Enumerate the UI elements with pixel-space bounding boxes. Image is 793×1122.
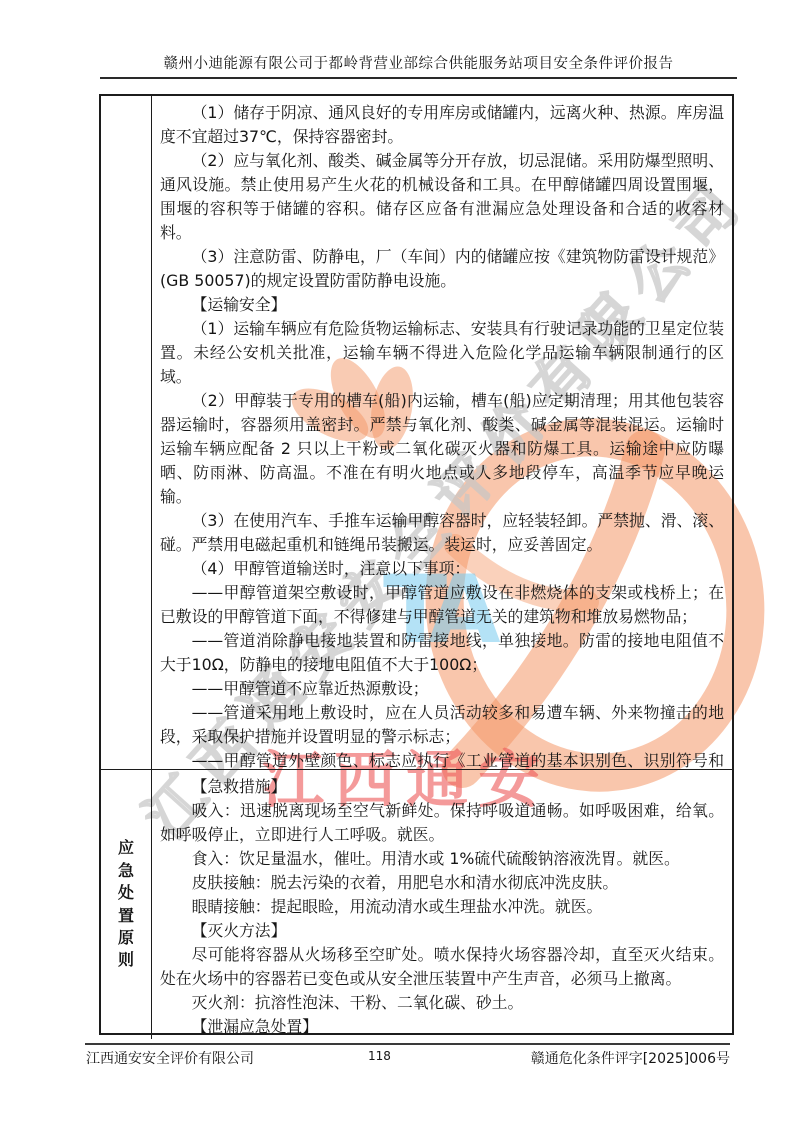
paragraph: 皮肤接触：脱去污染的衣着，用肥皂水和清水彻底冲洗皮肤。 — [160, 871, 724, 895]
paragraph: 【泄漏应急处置】 — [160, 1015, 724, 1039]
table-row: （1）储存于阴凉、通风良好的专用库房或储罐内，远离火种、热源。库房温度不宜超过3… — [101, 96, 732, 770]
paragraph: （3）在使用汽车、手推车运输甲醇容器时，应轻装轻卸。严禁抛、滑、滚、碰。严禁用电… — [160, 509, 724, 557]
paragraph: 灭火剂：抗溶性泡沫、干粉、二氧化碳、砂土。 — [160, 991, 724, 1015]
paragraph: 【运输安全】 — [160, 293, 724, 317]
document-content: 赣州小迪能源有限公司于都岭背营业部综合供能服务站项目安全条件评价报告 （1）储存… — [0, 0, 793, 1122]
paragraph: 眼睛接触：提起眼睑，用流动清水或生理盐水冲洗。就医。 — [160, 895, 724, 919]
paragraph: ——管道采用地上敷设时，应在人员活动较多和易遭车辆、外来物撞击的地段，采取保护措… — [160, 701, 724, 749]
paragraph: ——甲醇管道架空敷设时，甲醇管道应敷设在非燃烧体的支架或栈桥上；在已敷设的甲醇管… — [160, 581, 724, 629]
footer-doc-number: 赣通危化条件评字[2025]006号 — [531, 1048, 730, 1068]
row1-body-cell: （1）储存于阴凉、通风良好的专用库房或储罐内，远离火种、热源。库房温度不宜超过3… — [152, 96, 732, 769]
paragraph: ——甲醇管道不应靠近热源敷设； — [160, 677, 724, 701]
paragraph: （2）应与氧化剂、酸类、碱金属等分开存放，切忌混储。采用防爆型照明、通风设施。禁… — [160, 149, 724, 245]
paragraph: （1）储存于阴凉、通风良好的专用库房或储罐内，远离火种、热源。库房温度不宜超过3… — [160, 101, 724, 149]
page-header-title: 赣州小迪能源有限公司于都岭背营业部综合供能服务站项目安全条件评价报告 — [100, 52, 737, 73]
row-label-char: 则 — [118, 949, 134, 971]
paragraph: 吸入：迅速脱离现场至空气新鲜处。保持呼吸道通畅。如呼吸困难，给氧。如呼吸停止，立… — [160, 799, 724, 847]
row2-label-cell: 应 急 处 置 原 则 — [101, 770, 152, 1039]
paragraph: （3）注意防雷、防静电，厂（车间）内的储罐应按《建筑物防雷设计规范》(GB 50… — [160, 245, 724, 293]
footer-rule — [85, 1043, 730, 1045]
footer-page-number: 118 — [368, 1049, 391, 1063]
row-label-char: 处 — [118, 882, 134, 904]
row-label-char: 置 — [118, 905, 134, 927]
table-row: 应 急 处 置 原 则 【急救措施】 吸入：迅速脱离现场至空气新鲜处。保持呼吸道… — [101, 770, 732, 1039]
paragraph: 食入：饮足量温水，催吐。用清水或 1%硫代硫酸钠溶液洗胃。就医。 — [160, 847, 724, 871]
paragraph: （1）运输车辆应有危险货物运输标志、安装具有行驶记录功能的卫星定位装置。未经公安… — [160, 317, 724, 389]
row-label-char: 应 — [118, 837, 134, 859]
footer-company: 江西通安安全评价有限公司 — [86, 1048, 254, 1068]
header-rule — [100, 77, 737, 79]
safety-table: （1）储存于阴凉、通风良好的专用库房或储罐内，远离火种、热源。库房温度不宜超过3… — [99, 94, 734, 1035]
paragraph: 【灭火方法】 — [160, 919, 724, 943]
paragraph: 尽可能将容器从火场移至空旷处。喷水保持火场容器冷却，直至灭火结束。处在火场中的容… — [160, 943, 724, 991]
paragraph: ——甲醇管道外壁颜色、标志应执行《工业管道的基本识别色、识别符号和安全标识》（G… — [160, 749, 724, 769]
paragraph: ——管道消除静电接地装置和防雷接地线，单独接地。防雷的接地电阻值不大于10Ω，防… — [160, 629, 724, 677]
row-label-char: 急 — [118, 860, 134, 882]
row1-label-cell — [101, 96, 152, 769]
document-page: 江西通安安全评价有限公司 TA 江西通安 赣州小迪能源有限公司于都岭背营业部综合… — [0, 0, 793, 1122]
row-label-char: 原 — [118, 927, 134, 949]
row2-body-cell: 【急救措施】 吸入：迅速脱离现场至空气新鲜处。保持呼吸道通畅。如呼吸困难，给氧。… — [152, 770, 732, 1039]
paragraph: （2）甲醇装于专用的槽车(船)内运输，槽车(船)应定期清理；用其他包装容器运输时… — [160, 389, 724, 509]
paragraph: （4）甲醇管道输送时，注意以下事项： — [160, 557, 724, 581]
paragraph: 【急救措施】 — [160, 775, 724, 799]
